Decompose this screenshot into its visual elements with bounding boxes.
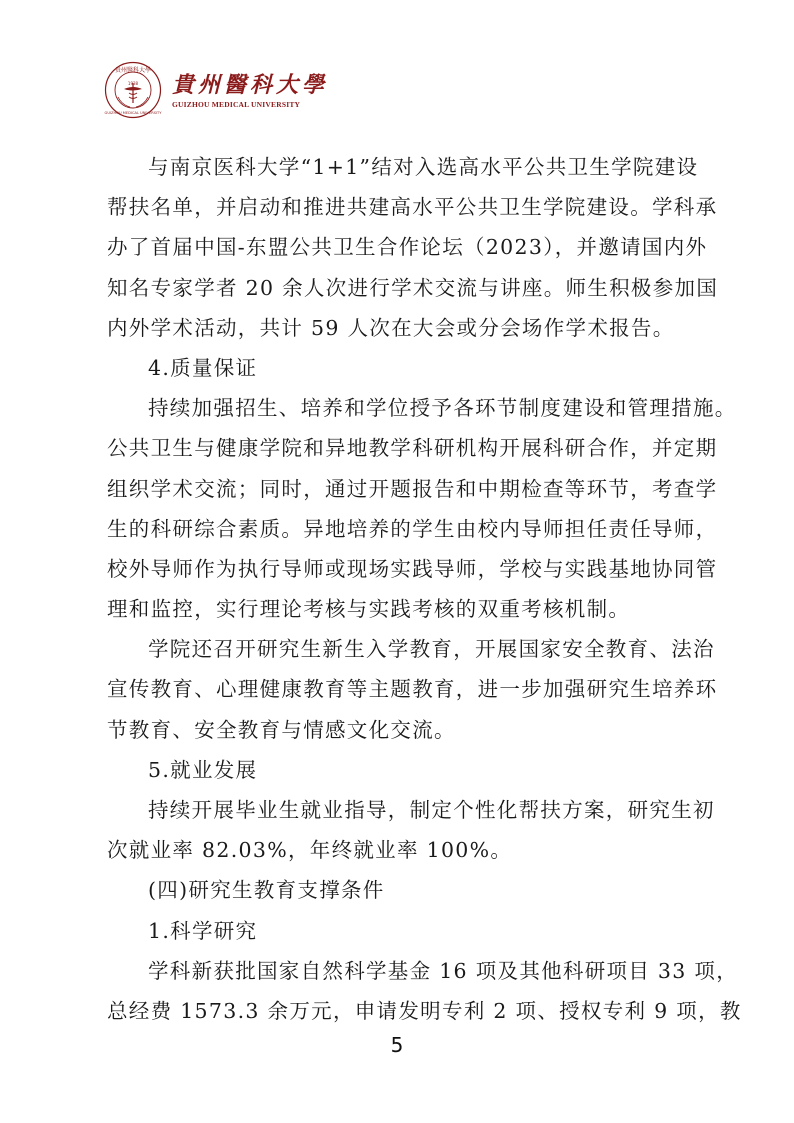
svg-text:GUIZHOU MEDICAL UNIVERSITY: GUIZHOU MEDICAL UNIVERSITY	[105, 111, 162, 115]
svg-text:贵州醫科大學: 贵州醫科大學	[115, 66, 151, 74]
text-line: 与南京医科大学“1+1”结对入选高水平公共卫生学院建设	[107, 147, 690, 187]
university-brand: 貴州醫科大學 GUIZHOU MEDICAL UNIVERSITY	[172, 72, 328, 109]
text-line: 生的科研综合素质。异地培养的学生由校内导师担任责任导师，	[107, 509, 690, 549]
text-line: 总经费 1573.3 余万元，申请发明专利 2 项、授权专利 9 项，教	[107, 991, 690, 1031]
university-name-en: GUIZHOU MEDICAL UNIVERSITY	[172, 100, 300, 109]
text-line: 组织学术交流；同时，通过开题报告和中期检查等环节，考查学	[107, 469, 690, 509]
text-line: 校外导师作为执行导师或现场实践导师，学校与实践基地协同管	[107, 549, 690, 589]
text-line: 办了首届中国-东盟公共卫生合作论坛（2023），并邀请国内外	[107, 227, 690, 267]
body-text: 与南京医科大学“1+1”结对入选高水平公共卫生学院建设 帮扶名单，并启动和推进共…	[107, 147, 690, 1031]
text-line: 帮扶名单，并启动和推进共建高水平公共卫生学院建设。学科承	[107, 187, 690, 227]
university-seal-logo: 贵州醫科大學 1938 GUIZHOU MEDICAL UNIVERSITY	[104, 61, 162, 119]
seal-icon: 贵州醫科大學 1938 GUIZHOU MEDICAL UNIVERSITY	[104, 61, 162, 119]
text-line: 知名专家学者 20 余人次进行学术交流与讲座。师生积极参加国	[107, 268, 690, 308]
section-heading-employment: 5.就业发展	[107, 750, 690, 790]
text-line: 公共卫生与健康学院和异地教学科研机构开展科研合作，并定期	[107, 428, 690, 468]
document-body: 与南京医科大学“1+1”结对入选高水平公共卫生学院建设 帮扶名单，并启动和推进共…	[107, 147, 690, 1031]
section-heading-quality-assurance: 4.质量保证	[107, 348, 690, 388]
text-line: 节教育、安全教育与情感文化交流。	[107, 710, 690, 750]
text-line: 持续开展毕业生就业指导，制定个性化帮扶方案，研究生初	[107, 790, 690, 830]
text-line: 学科新获批国家自然科学基金 16 项及其他科研项目 33 项，	[107, 951, 690, 991]
university-name-cn: 貴州醫科大學	[172, 72, 328, 98]
text-line: 持续加强招生、培养和学位授予各环节制度建设和管理措施。	[107, 388, 690, 428]
text-line: 宣传教育、心理健康教育等主题教育，进一步加强研究生培养环	[107, 669, 690, 709]
text-line: 次就业率 82.03%，年终就业率 100%。	[107, 830, 690, 870]
text-line: 学院还召开研究生新生入学教育，开展国家安全教育、法治	[107, 629, 690, 669]
document-header: 贵州醫科大學 1938 GUIZHOU MEDICAL UNIVERSITY 貴…	[104, 60, 328, 120]
section-heading-scientific-research: 1.科学研究	[107, 911, 690, 951]
section-heading-support-conditions: (四)研究生教育支撑条件	[107, 870, 690, 910]
page-number: 5	[0, 1033, 794, 1057]
text-line: 理和监控，实行理论考核与实践考核的双重考核机制。	[107, 589, 690, 629]
text-line: 内外学术活动，共计 59 人次在大会或分会场作学术报告。	[107, 308, 690, 348]
